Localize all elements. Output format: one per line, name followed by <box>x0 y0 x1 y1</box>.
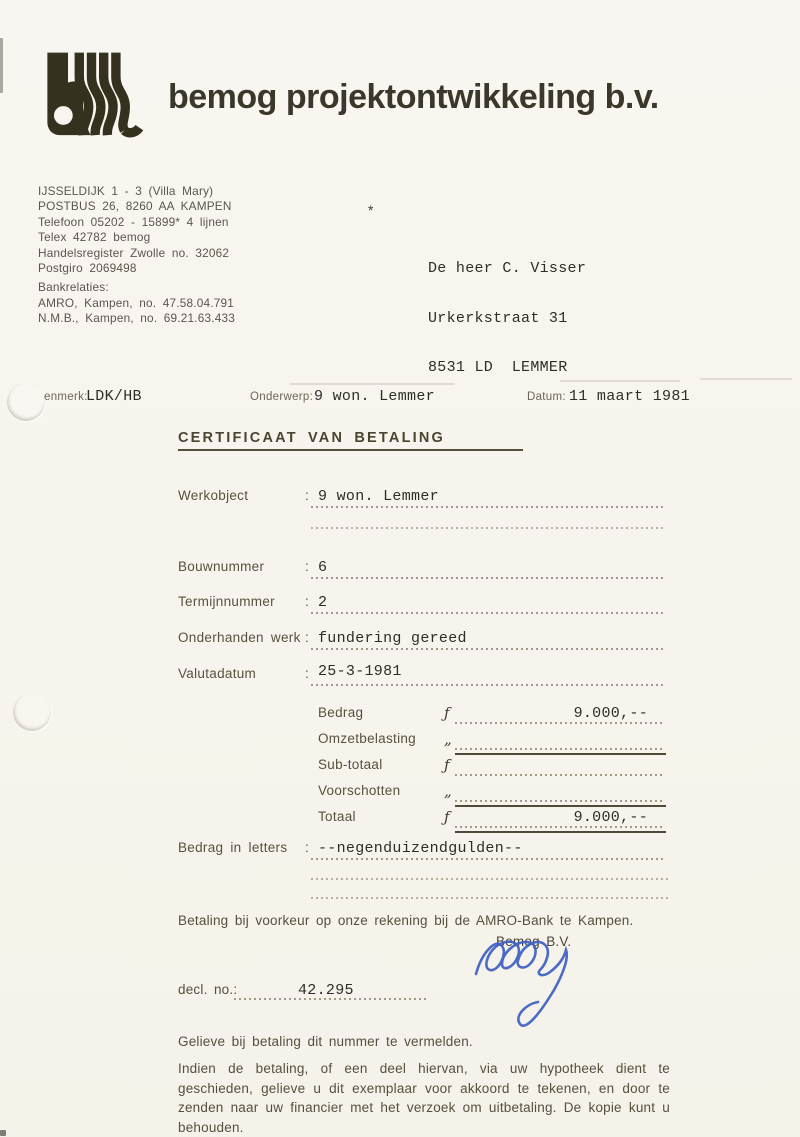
address-line: Telex 42782 bemog <box>38 230 235 245</box>
field-colon: : <box>305 840 309 855</box>
amount-row-subtotaal: Sub-totaal ƒ <box>318 754 664 776</box>
certificate-title: CERTIFICAAT VAN BETALING <box>178 430 445 446</box>
address-line: Postgiro 2069498 <box>38 261 235 276</box>
address-line: POSTBUS 26, 8260 AA KAMPEN <box>38 199 235 214</box>
recipient-line: 8531 LD LEMMER <box>428 360 586 377</box>
field-row-valutadatum: Valutadatum : 25-3-1981 <box>178 664 664 686</box>
datum-value: 11 maart 1981 <box>569 388 690 405</box>
decl-label: decl. no.: <box>178 982 237 997</box>
ditto-symbol: „ <box>444 730 452 748</box>
field-row-werkobject: Werkobject : 9 won. Lemmer <box>178 486 664 508</box>
field-label: Bedrag in letters <box>178 840 287 855</box>
dotted-line <box>311 506 664 508</box>
dotted-line <box>311 648 664 650</box>
decl-value: 42.295 <box>298 982 354 999</box>
handwritten-signature-icon <box>468 916 638 1041</box>
bank-relations-heading: Bankrelaties: <box>38 280 235 295</box>
amount-value: 9.000,-- <box>574 705 648 722</box>
dotted-line <box>234 998 428 1000</box>
field-colon: : <box>305 630 309 645</box>
dotted-line <box>311 577 664 579</box>
datum-label: Datum: <box>527 391 566 403</box>
sum-rule <box>455 831 666 833</box>
bank-line: N.M.B., Kampen, no. 69.21.63.433 <box>38 311 235 326</box>
amount-label: Sub-totaal <box>318 757 383 772</box>
field-colon: : <box>305 594 309 609</box>
bank-line: AMRO, Kampen, no. 47.58.04.791 <box>38 296 235 311</box>
punch-hole-top <box>7 383 45 421</box>
punch-hole-bottom <box>13 693 51 731</box>
dotted-line <box>455 774 664 776</box>
field-row-bouwnummer: Bouwnummer : 6 <box>178 557 664 579</box>
field-label: Bouwnummer <box>178 559 264 574</box>
address-line: Telefoon 05202 - 15899* 4 lijnen <box>38 215 235 230</box>
dotted-line <box>311 858 664 860</box>
field-value: 2 <box>318 594 327 611</box>
scan-corner-artifact <box>0 1130 6 1136</box>
field-colon: : <box>305 559 309 574</box>
field-value: 9 won. Lemmer <box>318 488 439 505</box>
florin-symbol: ƒ <box>444 704 450 722</box>
amount-label: Omzetbelasting <box>318 731 416 746</box>
dotted-line <box>455 800 664 802</box>
letterhead-address: IJSSELDIJK 1 - 3 (Villa Mary) POSTBUS 26… <box>38 184 235 327</box>
field-colon: : <box>305 666 309 681</box>
field-colon: : <box>305 488 309 503</box>
amount-row-omzetbelasting: Omzetbelasting „ <box>318 728 664 750</box>
asterisk-marker: * <box>368 202 373 218</box>
amount-row-voorschotten: Voorschotten „ <box>318 780 664 802</box>
amount-row-totaal: Totaal ƒ 9.000,-- <box>318 806 664 828</box>
company-name: bemog projektontwikkeling b.v. <box>168 78 659 117</box>
florin-symbol: ƒ <box>444 808 450 826</box>
dotted-line <box>455 748 664 750</box>
kenmerk-label: enmerk: <box>44 391 88 403</box>
dotted-line <box>311 684 664 686</box>
field-value: fundering gereed <box>318 630 467 647</box>
dotted-line <box>455 722 664 724</box>
recipient-line: De heer C. Visser <box>428 261 586 278</box>
ditto-symbol: „ <box>444 782 452 800</box>
amount-label: Voorschotten <box>318 783 400 798</box>
amount-label: Bedrag <box>318 705 363 720</box>
onderwerp-label: Onderwerp: <box>250 391 313 403</box>
field-row-onderhanden-werk: Onderhanden werk : fundering gereed <box>178 628 664 650</box>
hypotheek-note: Indien de betaling, of een deel hiervan,… <box>178 1059 670 1137</box>
amount-value: 9.000,-- <box>574 809 648 826</box>
florin-symbol: ƒ <box>444 756 450 774</box>
amount-row-bedrag: Bedrag ƒ 9.000,-- <box>318 702 664 724</box>
dotted-line-empty <box>311 897 668 899</box>
field-label: Termijnnummer <box>178 594 275 609</box>
field-row-bedrag-in-letters: Bedrag in letters : --negenduizendgulden… <box>178 838 664 860</box>
field-row-termijnnummer: Termijnnummer : 2 <box>178 592 664 614</box>
field-label: Valutadatum <box>178 666 256 681</box>
dotted-line <box>455 826 664 828</box>
amount-label: Totaal <box>318 809 356 824</box>
address-line: Handelsregister Zwolle no. 32062 <box>38 246 235 261</box>
field-label: Onderhanden werk <box>178 630 301 645</box>
field-value: 6 <box>318 559 327 576</box>
scan-streak <box>700 378 792 380</box>
scan-edge-artifact <box>0 38 3 93</box>
scanned-letter-page: bemog projektontwikkeling b.v. IJSSELDIJ… <box>0 0 800 1137</box>
bemog-wave-b-logo-icon <box>38 38 160 146</box>
address-line: IJSSELDIJK 1 - 3 (Villa Mary) <box>38 184 235 199</box>
dotted-line-empty <box>311 527 664 529</box>
title-underline <box>178 449 523 451</box>
field-label: Werkobject <box>178 488 248 503</box>
payment-reminder: Gelieve bij betaling dit nummer te verme… <box>178 1034 473 1049</box>
kenmerk-value: LDK/HB <box>86 388 142 405</box>
decl-number-row: decl. no.: 42.295 <box>178 980 428 1000</box>
dotted-line <box>311 612 664 614</box>
field-value: --negenduizendgulden-- <box>318 840 523 857</box>
recipient-address: De heer C. Visser Urkerkstraat 31 8531 L… <box>428 228 586 410</box>
field-value: 25-3-1981 <box>318 663 402 680</box>
dotted-line-empty <box>311 878 668 880</box>
onderwerp-value: 9 won. Lemmer <box>314 388 435 405</box>
recipient-line: Urkerkstraat 31 <box>428 311 586 328</box>
